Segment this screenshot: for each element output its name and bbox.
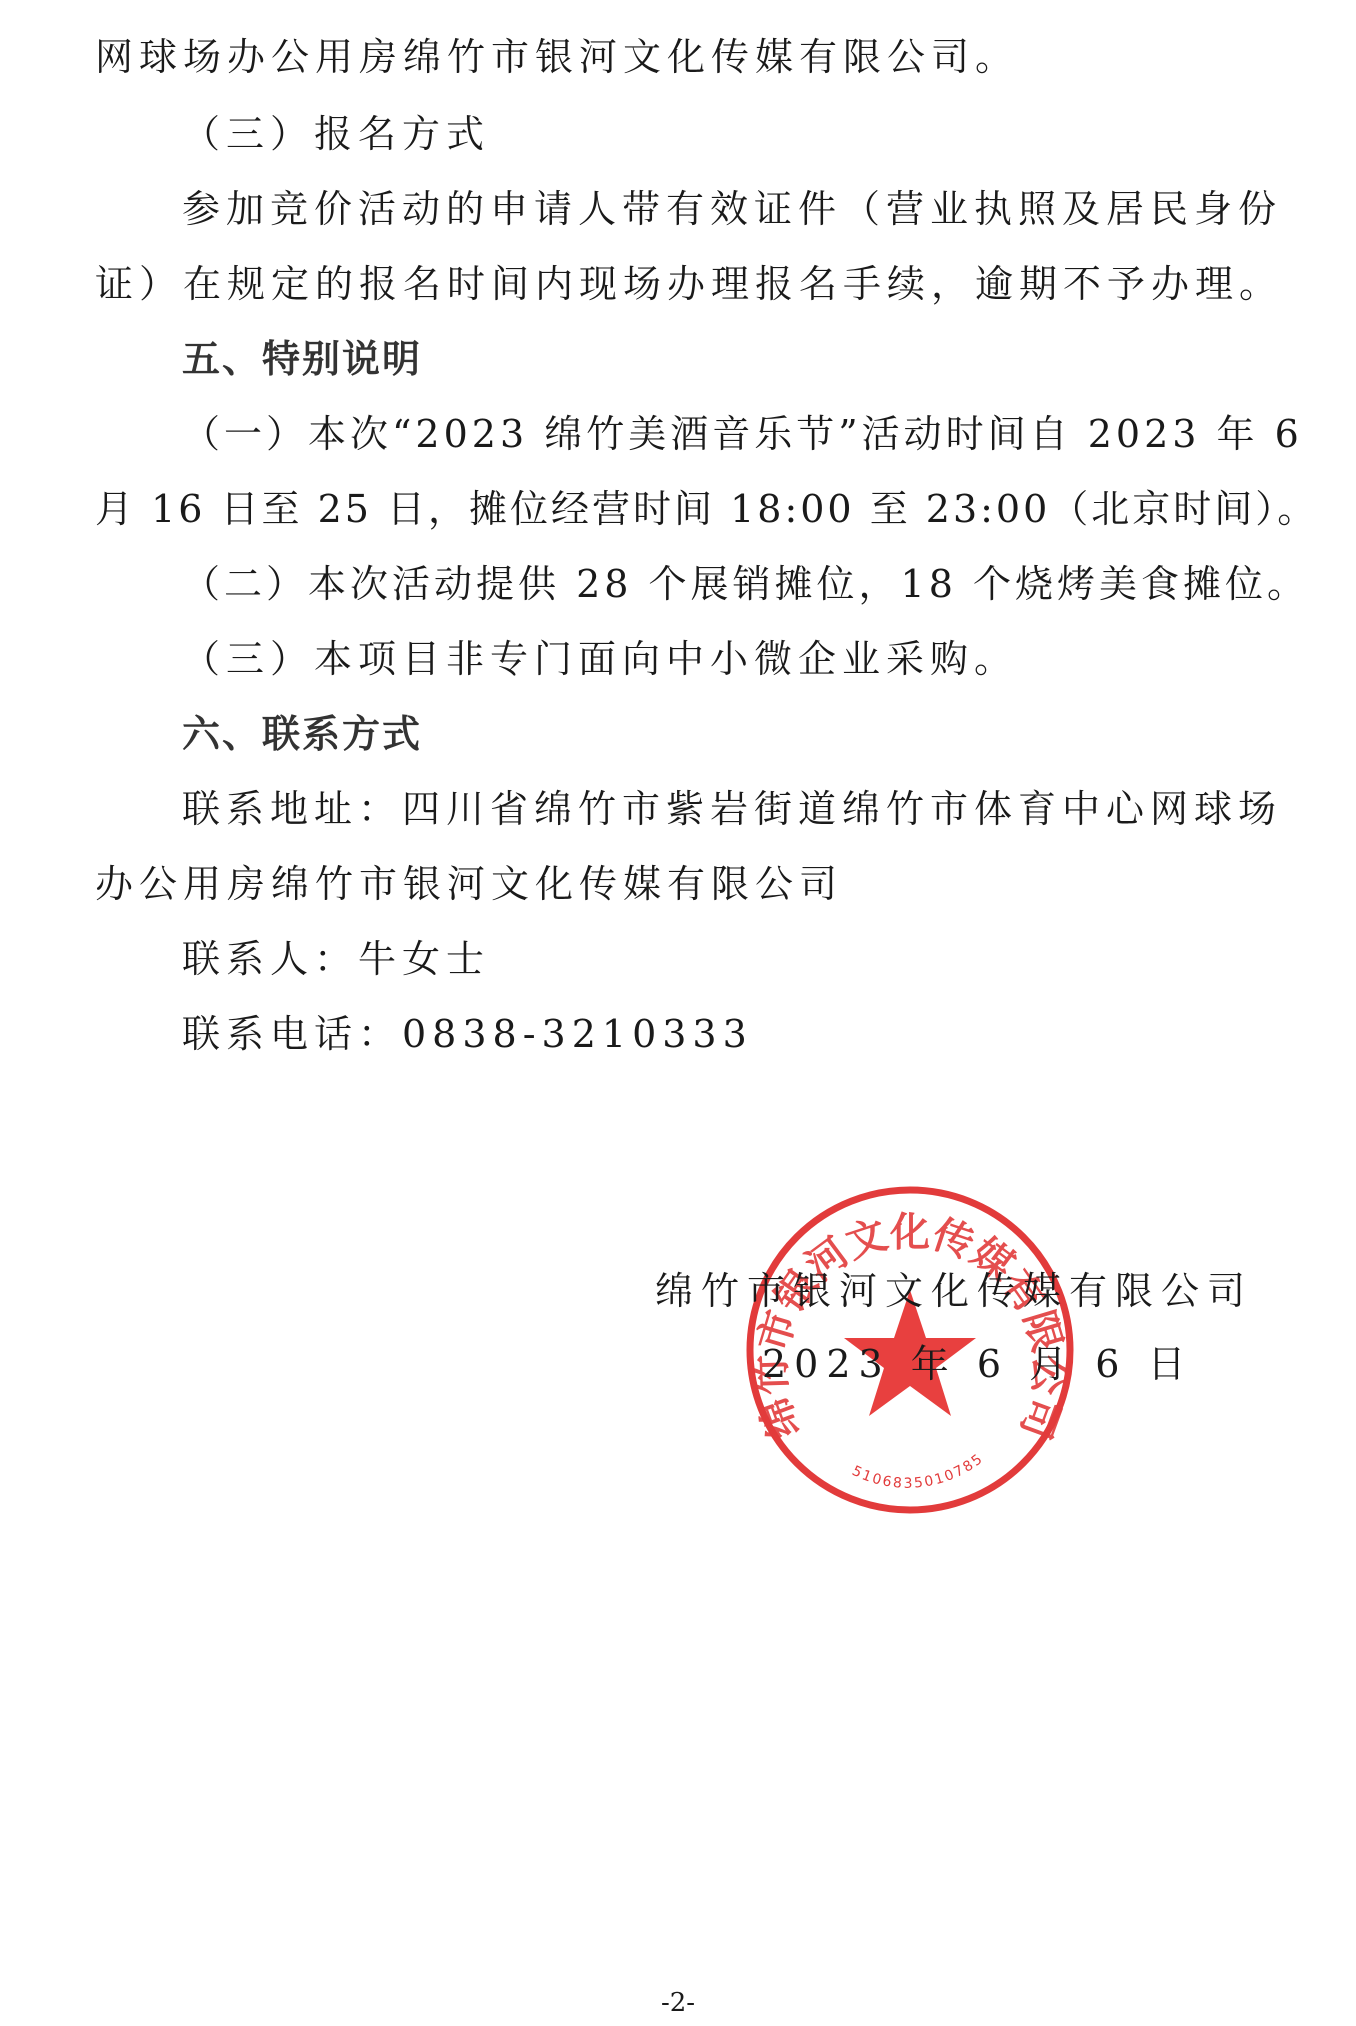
paragraph-line: 月 16 日至 25 日，摊位经营时间 18:00 至 23:00（北京时间）。 xyxy=(95,490,1318,528)
svg-text:5106835010785: 5106835010785 xyxy=(849,1450,987,1492)
contact-address-cont: 办公用房绵竹市银河文化传媒有限公司 xyxy=(95,865,843,903)
section-heading-special-notes: 五、特别说明 xyxy=(182,340,422,378)
contact-address: 联系地址：四川省绵竹市紫岩街道绵竹市体育中心网球场 xyxy=(182,790,1282,828)
paragraph-line: 网球场办公用房绵竹市银河文化传媒有限公司。 xyxy=(95,38,1019,76)
paragraph-line: （一）本次“2023 绵竹美酒音乐节”活动时间自 2023 年 6 xyxy=(182,415,1303,453)
subheading-registration-method: （三）报名方式 xyxy=(182,115,490,153)
contact-person: 联系人：牛女士 xyxy=(182,940,490,978)
section-heading-contact: 六、联系方式 xyxy=(182,715,422,753)
paragraph-line: （二）本次活动提供 28 个展销摊位，18 个烧烤美食摊位。 xyxy=(182,565,1309,603)
seal-number: 5106835010785 xyxy=(849,1450,987,1492)
signature-company: 绵竹市银河文化传媒有限公司 xyxy=(655,1272,1253,1310)
paragraph-line: （三）本项目非专门面向中小微企业采购。 xyxy=(182,640,1018,678)
page-number: -2- xyxy=(0,1988,1356,2018)
contact-phone: 联系电话：0838-3210333 xyxy=(182,1015,753,1053)
signature-date: 2023 年 6 月 6 日 xyxy=(762,1345,1193,1383)
paragraph-line: 证）在规定的报名时间内现场办理报名手续，逾期不予办理。 xyxy=(95,265,1283,303)
paragraph-line: 参加竞价活动的申请人带有效证件（营业执照及居民身份 xyxy=(182,190,1282,228)
